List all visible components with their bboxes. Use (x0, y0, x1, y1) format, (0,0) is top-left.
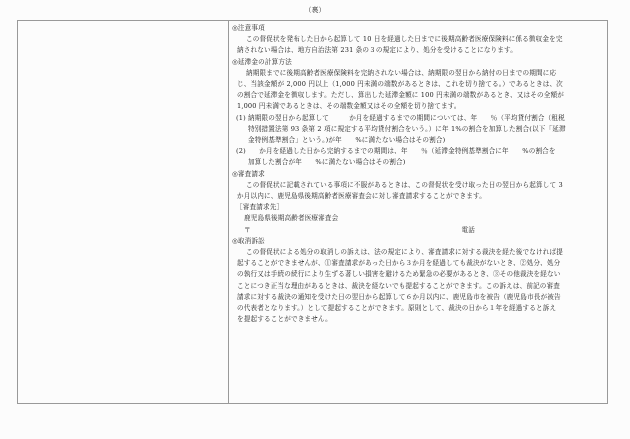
lawsuit-text: ことにつき正当な理由があるときは、裁決を経ないでも提起することができます。この訴… (232, 281, 601, 292)
late-fee-heading: ◎延滞金の計算方法 (232, 57, 601, 68)
postal-mark: 〒 (244, 225, 251, 236)
review-destination-name: 鹿児島県後期高齢者医療審査会 (232, 213, 601, 224)
lawsuit-text: を提起することができません。 (232, 314, 601, 325)
lawsuit-text: この督促状による処分の取消しの訴えは、法の規定により、審査請求に対する裁決を経た… (232, 247, 601, 258)
lawsuit-text: の代表者となります。）として提起することができます。原則として、裁決の日から１年… (232, 303, 601, 314)
late-fee-text: じ、当該金額が 2,000 円以上（1,000 円未満の端数があるときは、これを… (232, 79, 601, 90)
review-destination-label: ［審査請求先］ (232, 202, 601, 213)
review-text: か月以内に、鹿児島県後期高齢者医療審査会に対し審査請求することができます。 (232, 191, 601, 202)
notice-heading: ◎注意事項 (232, 23, 601, 34)
blank-left-cell (18, 21, 229, 403)
late-fee-item-1: 金特例基準割合」という。)が年 %に満たない場合はその割合) (232, 135, 601, 146)
late-fee-text: の割合で延滞金を徴収します。ただし、算出した延滞金額に 100 円未満の端数があ… (232, 90, 601, 101)
lawsuit-text: 請求に対する裁決の通知を受けた日の翌日から起算して６か月以内に、鹿児島市を被告（… (232, 292, 601, 303)
phone-label: 電話 (462, 225, 476, 236)
late-fee-text: 1,000 円未満であるときは、その端数金額又はその全額を切り捨てます。 (232, 101, 601, 112)
notice-form-table: ◎注意事項 この督促状を発布した日から起算して 10 日を経過した日までに後期高… (17, 20, 608, 404)
lawsuit-text: 起することができませんが、①審査請求があった日から３か月を経過しても裁決がないと… (232, 258, 601, 269)
late-fee-item-2: 加算した割合が年 %に満たない場合はその割合) (232, 157, 601, 168)
review-destination-contact: 〒 電話 (232, 225, 601, 236)
late-fee-text: 納期限までに後期高齢者医療保険料を完納されない場合は、納期限の翌日から納付の日ま… (232, 68, 601, 79)
lawsuit-heading: ◎取消訴訟 (232, 236, 601, 247)
page-side-label: （裏） (0, 6, 630, 15)
late-fee-item-2: (2) か月を経過した日から完納するまでの期間は、年 ％（延滞金特例基準割合に年… (232, 146, 601, 157)
lawsuit-text: の執行又は手続の続行により生ずる著しい損害を避けるため緊急の必要があるとき、③そ… (232, 269, 601, 280)
notice-text: 納されない場合は、地方自治法第 231 条の３の規定により、処分を受けることにな… (232, 45, 601, 56)
late-fee-item-1: 特別措置法第 93 条第 2 項に規定する平均貸付割合をいう。）に年 1%の割合… (232, 124, 601, 135)
late-fee-item-1: (1) 納期限の翌日から起算して か月を経過するまでの期間については、年 ％（平… (232, 113, 601, 124)
notes-cell: ◎注意事項 この督促状を発布した日から起算して 10 日を経過した日までに後期高… (229, 21, 607, 403)
notice-text: この督促状を発布した日から起算して 10 日を経過した日までに後期高齢者医療保険… (232, 34, 601, 45)
review-heading: ◎審査請求 (232, 169, 601, 180)
review-text: この督促状に記載されている事項に不服があるときは、この督促状を受け取った日の翌日… (232, 180, 601, 191)
